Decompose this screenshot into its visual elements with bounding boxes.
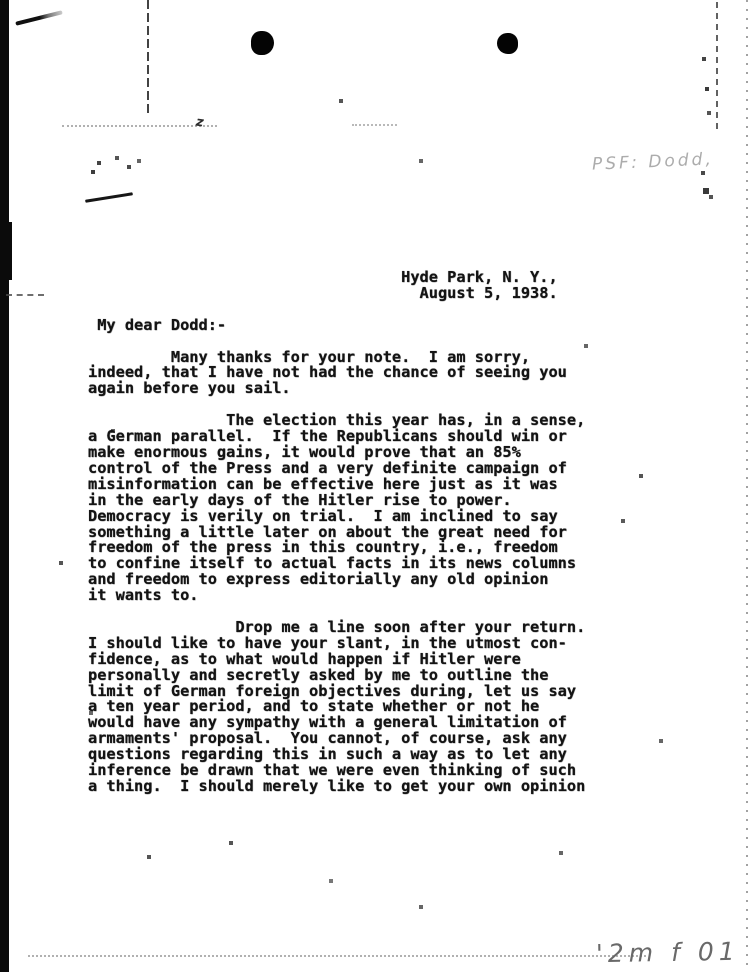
- pencil-squiggle-mark: z: [195, 115, 205, 131]
- archivist-note-top-right: PSF: Dodd,: [592, 149, 715, 174]
- scan-noise-specks: [0, 0, 2, 2]
- punch-hole-left: [251, 31, 274, 55]
- right-edge-crease-line: [716, 2, 718, 130]
- right-edge-perforation-dots: [746, 0, 748, 972]
- pencil-slash-mark: [15, 10, 63, 25]
- pencil-underline-mark: [85, 192, 133, 202]
- dotted-artifact-row-top2: [352, 124, 397, 126]
- archivist-note-bottom-right: '2m f 01: [596, 937, 740, 969]
- scanned-letter-page: z PSF: Dodd, Hyde Park, N. Y., August 5,…: [0, 0, 750, 972]
- punch-hole-right: [497, 33, 518, 54]
- letter-body: Hyde Park, N. Y., August 5, 1938. My dea…: [88, 270, 585, 795]
- left-margin-dash-mark: [6, 294, 44, 296]
- dotted-artifact-row-top: [62, 125, 217, 127]
- scan-edge-strip: [0, 0, 9, 972]
- dotted-artifact-row-bottom: [28, 955, 646, 957]
- scan-fold-line: [147, 0, 149, 117]
